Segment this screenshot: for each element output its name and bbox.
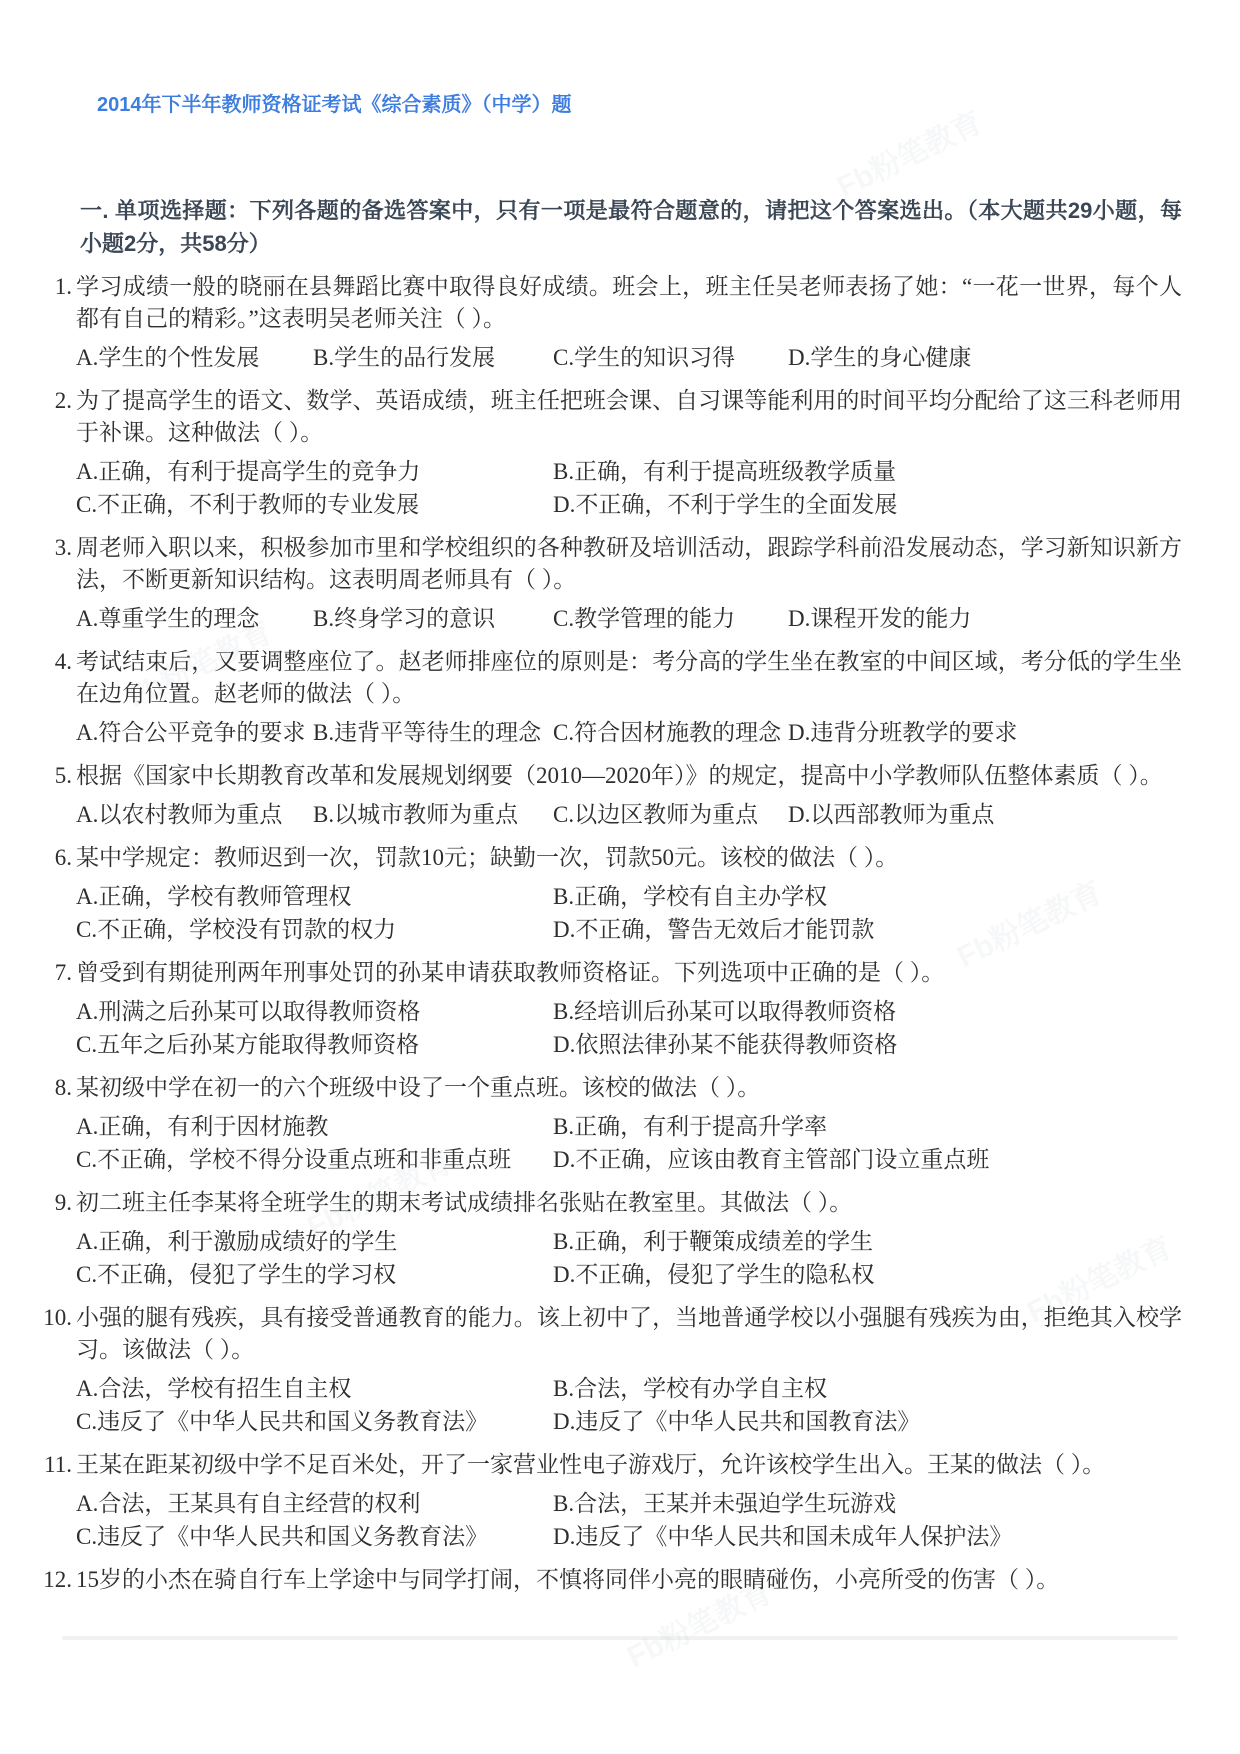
question: 7.曾受到有期徒刑两年刑事处罚的孙某申请获取教师资格证。下列选项中正确的是（ ）… — [76, 957, 1182, 989]
question-text: 考试结束后，又要调整座位了。赵老师排座位的原则是：考分高的学生坐在教室的中间区域… — [76, 646, 1182, 710]
page-title: 2014年下半年教师资格证考试《综合素质》（中学）题 — [0, 0, 1240, 118]
question: 1.学习成绩一般的晓丽在县舞蹈比赛中取得良好成绩。班会上，班主任吴老师表扬了她：… — [76, 271, 1182, 335]
question-number: 7. — [0, 957, 72, 989]
option-B: B.正确，学校有自主办学权 — [553, 880, 1182, 913]
question-number: 8. — [0, 1072, 72, 1104]
option-D: D.不正确，应该由教育主管部门设立重点班 — [553, 1143, 1182, 1176]
option-C: C.不正确，学校不得分设重点班和非重点班 — [76, 1143, 553, 1176]
option-A: A.合法，王某具有自主经营的权利 — [76, 1487, 553, 1520]
option-C: C.以边区教师为重点 — [553, 798, 788, 831]
question-number: 1. — [0, 271, 72, 303]
option-C: C.不正确，侵犯了学生的学习权 — [76, 1258, 553, 1291]
options-row: A.学生的个性发展B.学生的品行发展C.学生的知识习得D.学生的身心健康 — [76, 341, 1182, 374]
option-D: D.依照法律孙某不能获得教师资格 — [553, 1028, 1182, 1061]
option-D: D.违反了《中华人民共和国未成年人保护法》 — [553, 1520, 1182, 1553]
option-A: A.符合公平竞争的要求 — [76, 716, 313, 749]
options-row: A.尊重学生的理念B.终身学习的意识C.教学管理的能力D.课程开发的能力 — [76, 602, 1182, 635]
option-B: B.正确，利于鞭策成绩差的学生 — [553, 1225, 1182, 1258]
option-A: A.学生的个性发展 — [76, 341, 313, 374]
question-number: 6. — [0, 842, 72, 874]
question-number: 12. — [0, 1564, 72, 1596]
options-row: A.以农村教师为重点B.以城市教师为重点C.以边区教师为重点D.以西部教师为重点 — [76, 798, 1182, 831]
exam-document: 2014年下半年教师资格证考试《综合素质》（中学）题 一. 单项选择题：下列各题… — [0, 0, 1240, 1754]
option-B: B.学生的品行发展 — [313, 341, 553, 374]
question-number: 5. — [0, 760, 72, 792]
question-number: 4. — [0, 646, 72, 678]
option-D: D.违反了《中华人民共和国教育法》 — [553, 1405, 1182, 1438]
question-number: 3. — [0, 532, 72, 564]
option-C: C.不正确，学校没有罚款的权力 — [76, 913, 553, 946]
option-A: A.正确，利于激励成绩好的学生 — [76, 1225, 553, 1258]
question: 12.15岁的小杰在骑自行车上学途中与同学打闹，不慎将同伴小亮的眼睛碰伤，小亮所… — [76, 1564, 1182, 1596]
section-header: 一. 单项选择题：下列各题的备选答案中，只有一项是最符合题意的，请把这个答案选出… — [80, 194, 1182, 260]
options-row: A.符合公平竞争的要求B.违背平等待生的理念C.符合因材施教的理念D.违背分班教… — [76, 716, 1182, 749]
option-A: A.正确，有利于因材施教 — [76, 1110, 553, 1143]
question-number: 2. — [0, 385, 72, 417]
question-text: 学习成绩一般的晓丽在县舞蹈比赛中取得良好成绩。班会上，班主任吴老师表扬了她：“一… — [76, 271, 1182, 335]
option-D: D.违背分班教学的要求 — [788, 716, 1182, 749]
option-A: A.以农村教师为重点 — [76, 798, 313, 831]
question-list: 1.学习成绩一般的晓丽在县舞蹈比赛中取得良好成绩。班会上，班主任吴老师表扬了她：… — [76, 271, 1182, 1596]
question-text: 曾受到有期徒刑两年刑事处罚的孙某申请获取教师资格证。下列选项中正确的是（ ）。 — [76, 957, 1182, 989]
question: 6.某中学规定：教师迟到一次，罚款10元；缺勤一次，罚款50元。该校的做法（ ）… — [76, 842, 1182, 874]
options-row: A.正确，有利于因材施教B.正确，有利于提高升学率C.不正确，学校不得分设重点班… — [76, 1110, 1182, 1176]
option-D: D.不正确，警告无效后才能罚款 — [553, 913, 1182, 946]
option-B: B.正确，有利于提高班级教学质量 — [553, 455, 1182, 488]
question: 4.考试结束后，又要调整座位了。赵老师排座位的原则是：考分高的学生坐在教室的中间… — [76, 646, 1182, 710]
options-row: A.合法，学校有招生自主权B.合法，学校有办学自主权C.违反了《中华人民共和国义… — [76, 1372, 1182, 1438]
option-A: A.合法，学校有招生自主权 — [76, 1372, 553, 1405]
options-row: A.合法，王某具有自主经营的权利B.合法，王某并未强迫学生玩游戏C.违反了《中华… — [76, 1487, 1182, 1553]
option-D: D.课程开发的能力 — [788, 602, 1182, 635]
option-C: C.违反了《中华人民共和国义务教育法》 — [76, 1520, 553, 1553]
page-divider — [62, 1636, 1178, 1640]
question-text: 周老师入职以来，积极参加市里和学校组织的各种教研及培训活动，跟踪学科前沿发展动态… — [76, 532, 1182, 596]
option-B: B.违背平等待生的理念 — [313, 716, 553, 749]
options-row: A.正确，学校有教师管理权B.正确，学校有自主办学权C.不正确，学校没有罚款的权… — [76, 880, 1182, 946]
options-row: A.正确，利于激励成绩好的学生B.正确，利于鞭策成绩差的学生C.不正确，侵犯了学… — [76, 1225, 1182, 1291]
option-C: C.不正确，不利于教师的专业发展 — [76, 488, 553, 521]
question-text: 某中学规定：教师迟到一次，罚款10元；缺勤一次，罚款50元。该校的做法（ ）。 — [76, 842, 1182, 874]
question-text: 根据《国家中长期教育改革和发展规划纲要（2010—2020年）》的规定，提高中小… — [76, 760, 1182, 792]
question-text: 小强的腿有残疾，具有接受普通教育的能力。该上初中了，当地普通学校以小强腿有残疾为… — [76, 1302, 1182, 1366]
option-C: C.五年之后孙某方能取得教师资格 — [76, 1028, 553, 1061]
options-row: A.刑满之后孙某可以取得教师资格B.经培训后孙某可以取得教师资格C.五年之后孙某… — [76, 995, 1182, 1061]
option-B: B.合法，王某并未强迫学生玩游戏 — [553, 1487, 1182, 1520]
option-C: C.教学管理的能力 — [553, 602, 788, 635]
question: 2.为了提高学生的语文、数学、英语成绩，班主任把班会课、自习课等能利用的时间平均… — [76, 385, 1182, 449]
option-B: B.合法，学校有办学自主权 — [553, 1372, 1182, 1405]
option-D: D.学生的身心健康 — [788, 341, 1182, 374]
question-text: 初二班主任李某将全班学生的期末考试成绩排名张贴在教室里。其做法（ ）。 — [76, 1187, 1182, 1219]
question-number: 10. — [0, 1302, 72, 1334]
option-A: A.刑满之后孙某可以取得教师资格 — [76, 995, 553, 1028]
question: 11.王某在距某初级中学不足百米处，开了一家营业性电子游戏厅，允许该校学生出入。… — [76, 1449, 1182, 1481]
question: 9.初二班主任李某将全班学生的期末考试成绩排名张贴在教室里。其做法（ ）。 — [76, 1187, 1182, 1219]
option-B: B.以城市教师为重点 — [313, 798, 553, 831]
option-B: B.经培训后孙某可以取得教师资格 — [553, 995, 1182, 1028]
question-text: 为了提高学生的语文、数学、英语成绩，班主任把班会课、自习课等能利用的时间平均分配… — [76, 385, 1182, 449]
option-B: B.终身学习的意识 — [313, 602, 553, 635]
options-row: A.正确，有利于提高学生的竞争力B.正确，有利于提高班级教学质量C.不正确，不利… — [76, 455, 1182, 521]
question-text: 15岁的小杰在骑自行车上学途中与同学打闹，不慎将同伴小亮的眼睛碰伤，小亮所受的伤… — [76, 1564, 1182, 1596]
question: 5.根据《国家中长期教育改革和发展规划纲要（2010—2020年）》的规定，提高… — [76, 760, 1182, 792]
option-C: C.学生的知识习得 — [553, 341, 788, 374]
option-D: D.不正确，不利于学生的全面发展 — [553, 488, 1182, 521]
question-text: 某初级中学在初一的六个班级中设了一个重点班。该校的做法（ ）。 — [76, 1072, 1182, 1104]
question-text: 王某在距某初级中学不足百米处，开了一家营业性电子游戏厅，允许该校学生出入。王某的… — [76, 1449, 1182, 1481]
option-C: C.符合因材施教的理念 — [553, 716, 788, 749]
option-C: C.违反了《中华人民共和国义务教育法》 — [76, 1405, 553, 1438]
option-B: B.正确，有利于提高升学率 — [553, 1110, 1182, 1143]
question-number: 11. — [0, 1449, 72, 1481]
option-A: A.正确，学校有教师管理权 — [76, 880, 553, 913]
option-D: D.以西部教师为重点 — [788, 798, 1182, 831]
question: 3.周老师入职以来，积极参加市里和学校组织的各种教研及培训活动，跟踪学科前沿发展… — [76, 532, 1182, 596]
question: 8.某初级中学在初一的六个班级中设了一个重点班。该校的做法（ ）。 — [76, 1072, 1182, 1104]
option-A: A.正确，有利于提高学生的竞争力 — [76, 455, 553, 488]
question-number: 9. — [0, 1187, 72, 1219]
question: 10.小强的腿有残疾，具有接受普通教育的能力。该上初中了，当地普通学校以小强腿有… — [76, 1302, 1182, 1366]
option-A: A.尊重学生的理念 — [76, 602, 313, 635]
option-D: D.不正确，侵犯了学生的隐私权 — [553, 1258, 1182, 1291]
